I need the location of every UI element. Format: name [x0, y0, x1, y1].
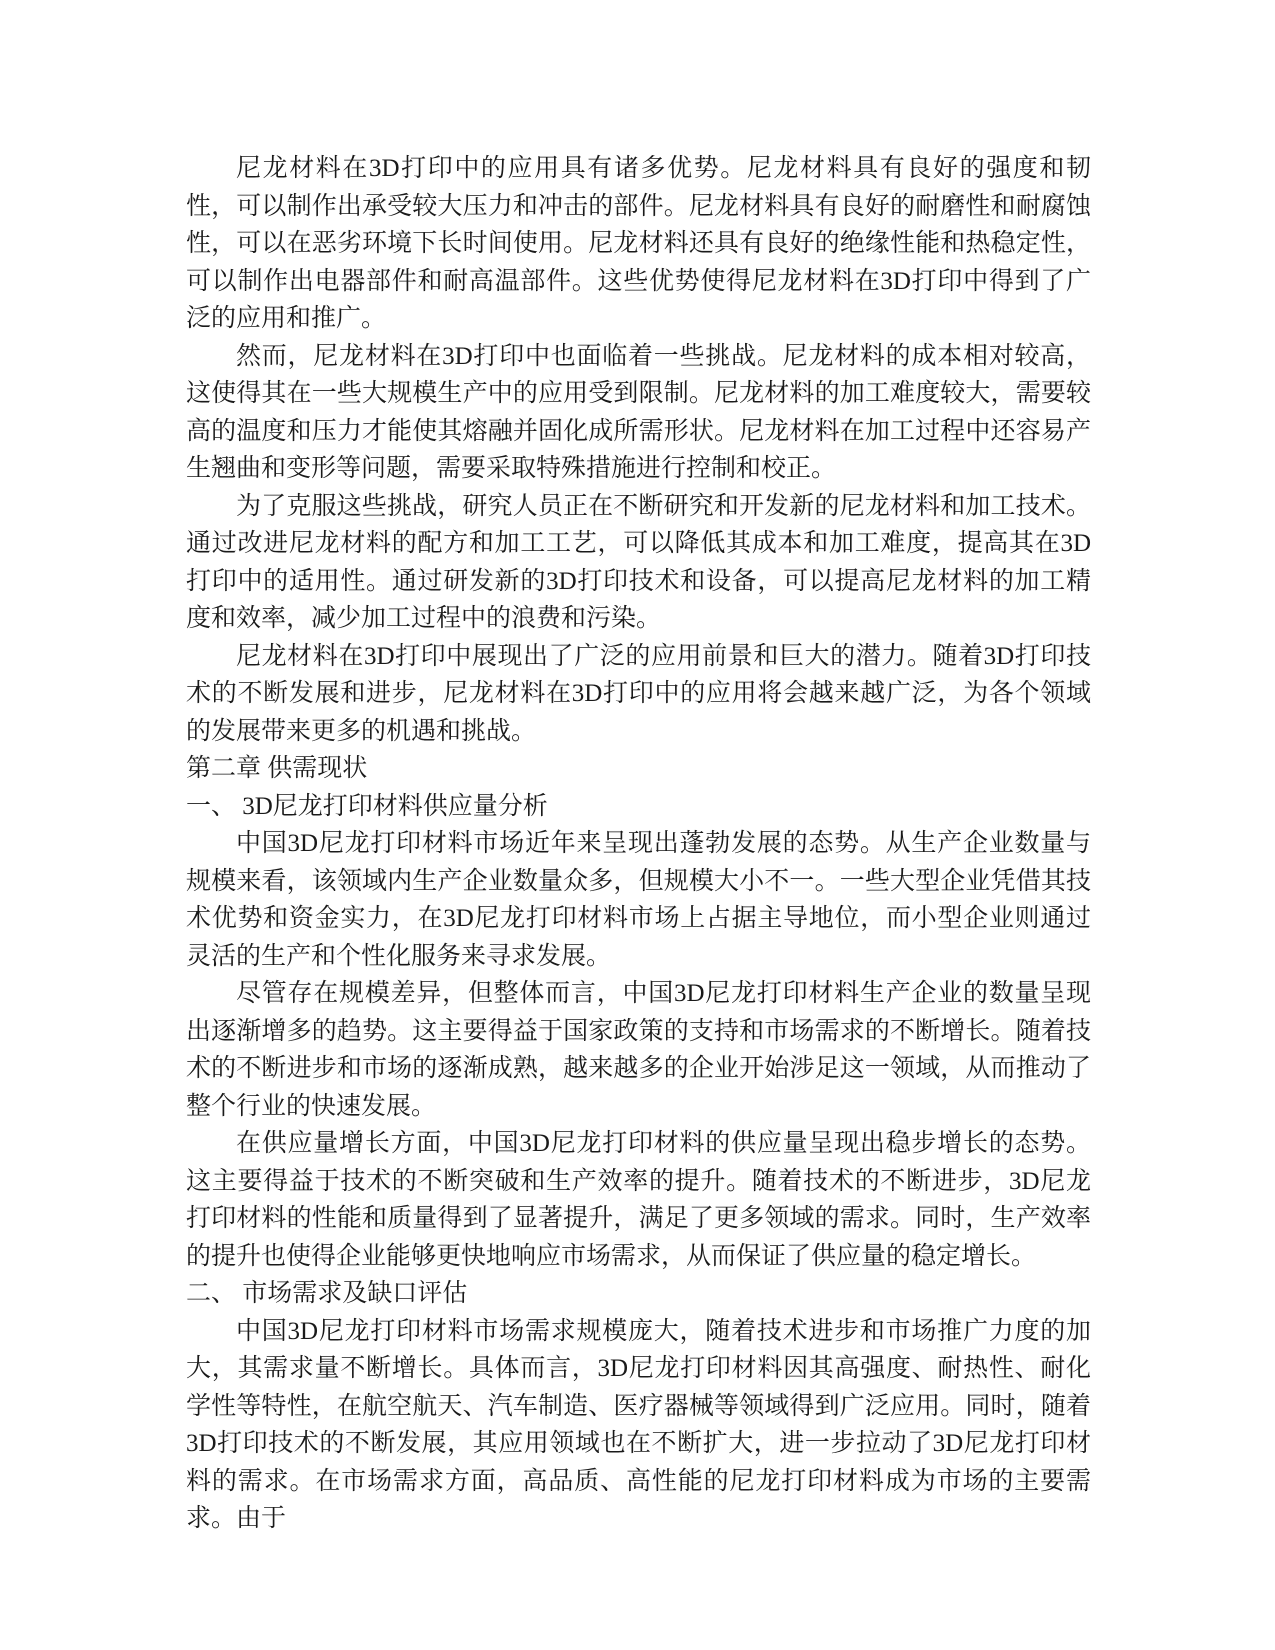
chapter-heading: 第二章 供需现状	[186, 750, 1091, 788]
paragraph: 然而，尼龙材料在3D打印中也面临着一些挑战。尼龙材料的成本相对较高，这使得其在一…	[186, 338, 1091, 488]
section-heading: 一、 3D尼龙打印材料供应量分析	[186, 788, 1091, 826]
paragraph: 中国3D尼龙打印材料市场近年来呈现出蓬勃发展的态势。从生产企业数量与规模来看，该…	[186, 825, 1091, 975]
paragraph: 为了克服这些挑战，研究人员正在不断研究和开发新的尼龙材料和加工技术。通过改进尼龙…	[186, 488, 1091, 638]
section-heading: 二、 市场需求及缺口评估	[186, 1275, 1091, 1313]
paragraph: 在供应量增长方面，中国3D尼龙打印材料的供应量呈现出稳步增长的态势。这主要得益于…	[186, 1125, 1091, 1275]
paragraph: 尼龙材料在3D打印中展现出了广泛的应用前景和巨大的潜力。随着3D打印技术的不断发…	[186, 638, 1091, 751]
document-page: 尼龙材料在3D打印中的应用具有诸多优势。尼龙材料具有良好的强度和韧性，可以制作出…	[0, 0, 1275, 1650]
paragraph: 中国3D尼龙打印材料市场需求规模庞大，随着技术进步和市场推广力度的加大，其需求量…	[186, 1313, 1091, 1538]
document-text-block: 尼龙材料在3D打印中的应用具有诸多优势。尼龙材料具有良好的强度和韧性，可以制作出…	[186, 150, 1091, 1538]
paragraph: 尽管存在规模差异，但整体而言，中国3D尼龙打印材料生产企业的数量呈现出逐渐增多的…	[186, 975, 1091, 1125]
paragraph: 尼龙材料在3D打印中的应用具有诸多优势。尼龙材料具有良好的强度和韧性，可以制作出…	[186, 150, 1091, 338]
